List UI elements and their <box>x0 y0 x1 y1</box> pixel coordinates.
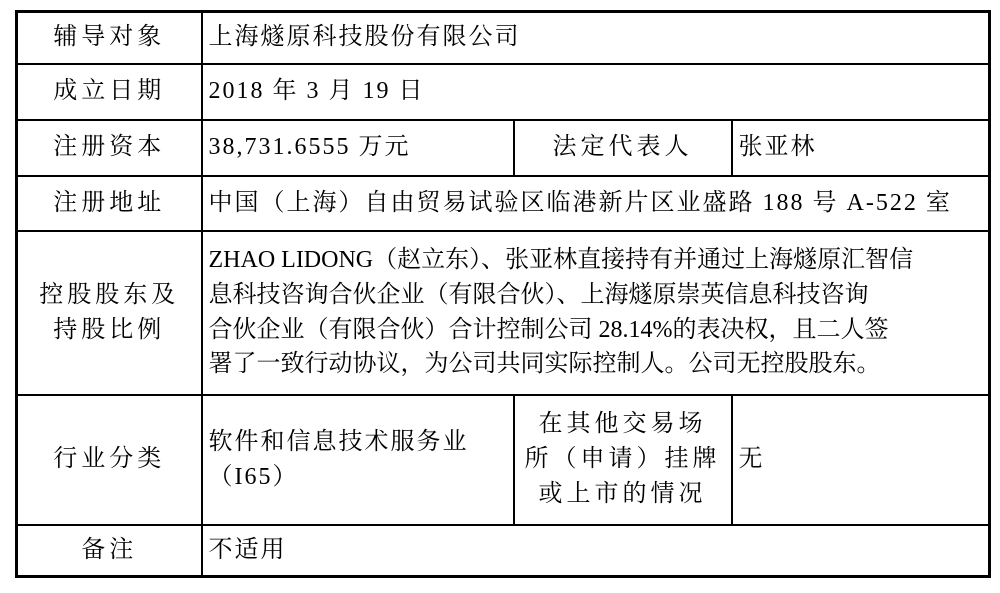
cell-label-industry-category: 行业分类 <box>17 395 202 525</box>
cell-value-industry-category: 软件和信息技术服务业 （I65） <box>202 395 514 525</box>
cell-value-controlling-shareholder: ZHAO LIDONG（赵立东）、张亚林直接持有并通过上海燧原汇智信 息科技咨询… <box>202 231 990 395</box>
cell-label-guidance-target: 辅导对象 <box>17 12 202 64</box>
cell-value-registered-capital: 38,731.6555 万元 <box>202 120 514 176</box>
table-row-remarks: 备注 不适用 <box>17 525 990 577</box>
document-page: 辅导对象 上海燧原科技股份有限公司 成立日期 2018 年 3 月 19 日 注… <box>0 0 1000 593</box>
cell-label-establish-date: 成立日期 <box>17 64 202 120</box>
cell-label-legal-representative: 法定代表人 <box>514 120 732 176</box>
cell-label-registered-capital: 注册资本 <box>17 120 202 176</box>
cell-label-controlling-shareholder: 控股股东及 持股比例 <box>17 231 202 395</box>
cell-value-other-listing-status: 无 <box>732 395 990 525</box>
cell-value-legal-representative: 张亚林 <box>732 120 990 176</box>
table-row-registered-address: 注册地址 中国（上海）自由贸易试验区临港新片区业盛路 188 号 A-522 室 <box>17 176 990 231</box>
table-row-industry-category: 行业分类 软件和信息技术服务业 （I65） 在其他交易场 所（申请）挂牌 或上市… <box>17 395 990 525</box>
cell-value-registered-address: 中国（上海）自由贸易试验区临港新片区业盛路 188 号 A-522 室 <box>202 176 990 231</box>
cell-label-remarks: 备注 <box>17 525 202 577</box>
cell-value-company-name: 上海燧原科技股份有限公司 <box>202 12 990 64</box>
table-row-guidance-target: 辅导对象 上海燧原科技股份有限公司 <box>17 12 990 64</box>
cell-value-establish-date: 2018 年 3 月 19 日 <box>202 64 990 120</box>
table-row-establish-date: 成立日期 2018 年 3 月 19 日 <box>17 64 990 120</box>
cell-label-registered-address: 注册地址 <box>17 176 202 231</box>
cell-value-remarks: 不适用 <box>202 525 990 577</box>
table-row-controlling-shareholder: 控股股东及 持股比例 ZHAO LIDONG（赵立东）、张亚林直接持有并通过上海… <box>17 231 990 395</box>
cell-label-other-listing-status: 在其他交易场 所（申请）挂牌 或上市的情况 <box>514 395 732 525</box>
table-row-registered-capital: 注册资本 38,731.6555 万元 法定代表人 张亚林 <box>17 120 990 176</box>
company-info-table: 辅导对象 上海燧原科技股份有限公司 成立日期 2018 年 3 月 19 日 注… <box>15 10 991 578</box>
